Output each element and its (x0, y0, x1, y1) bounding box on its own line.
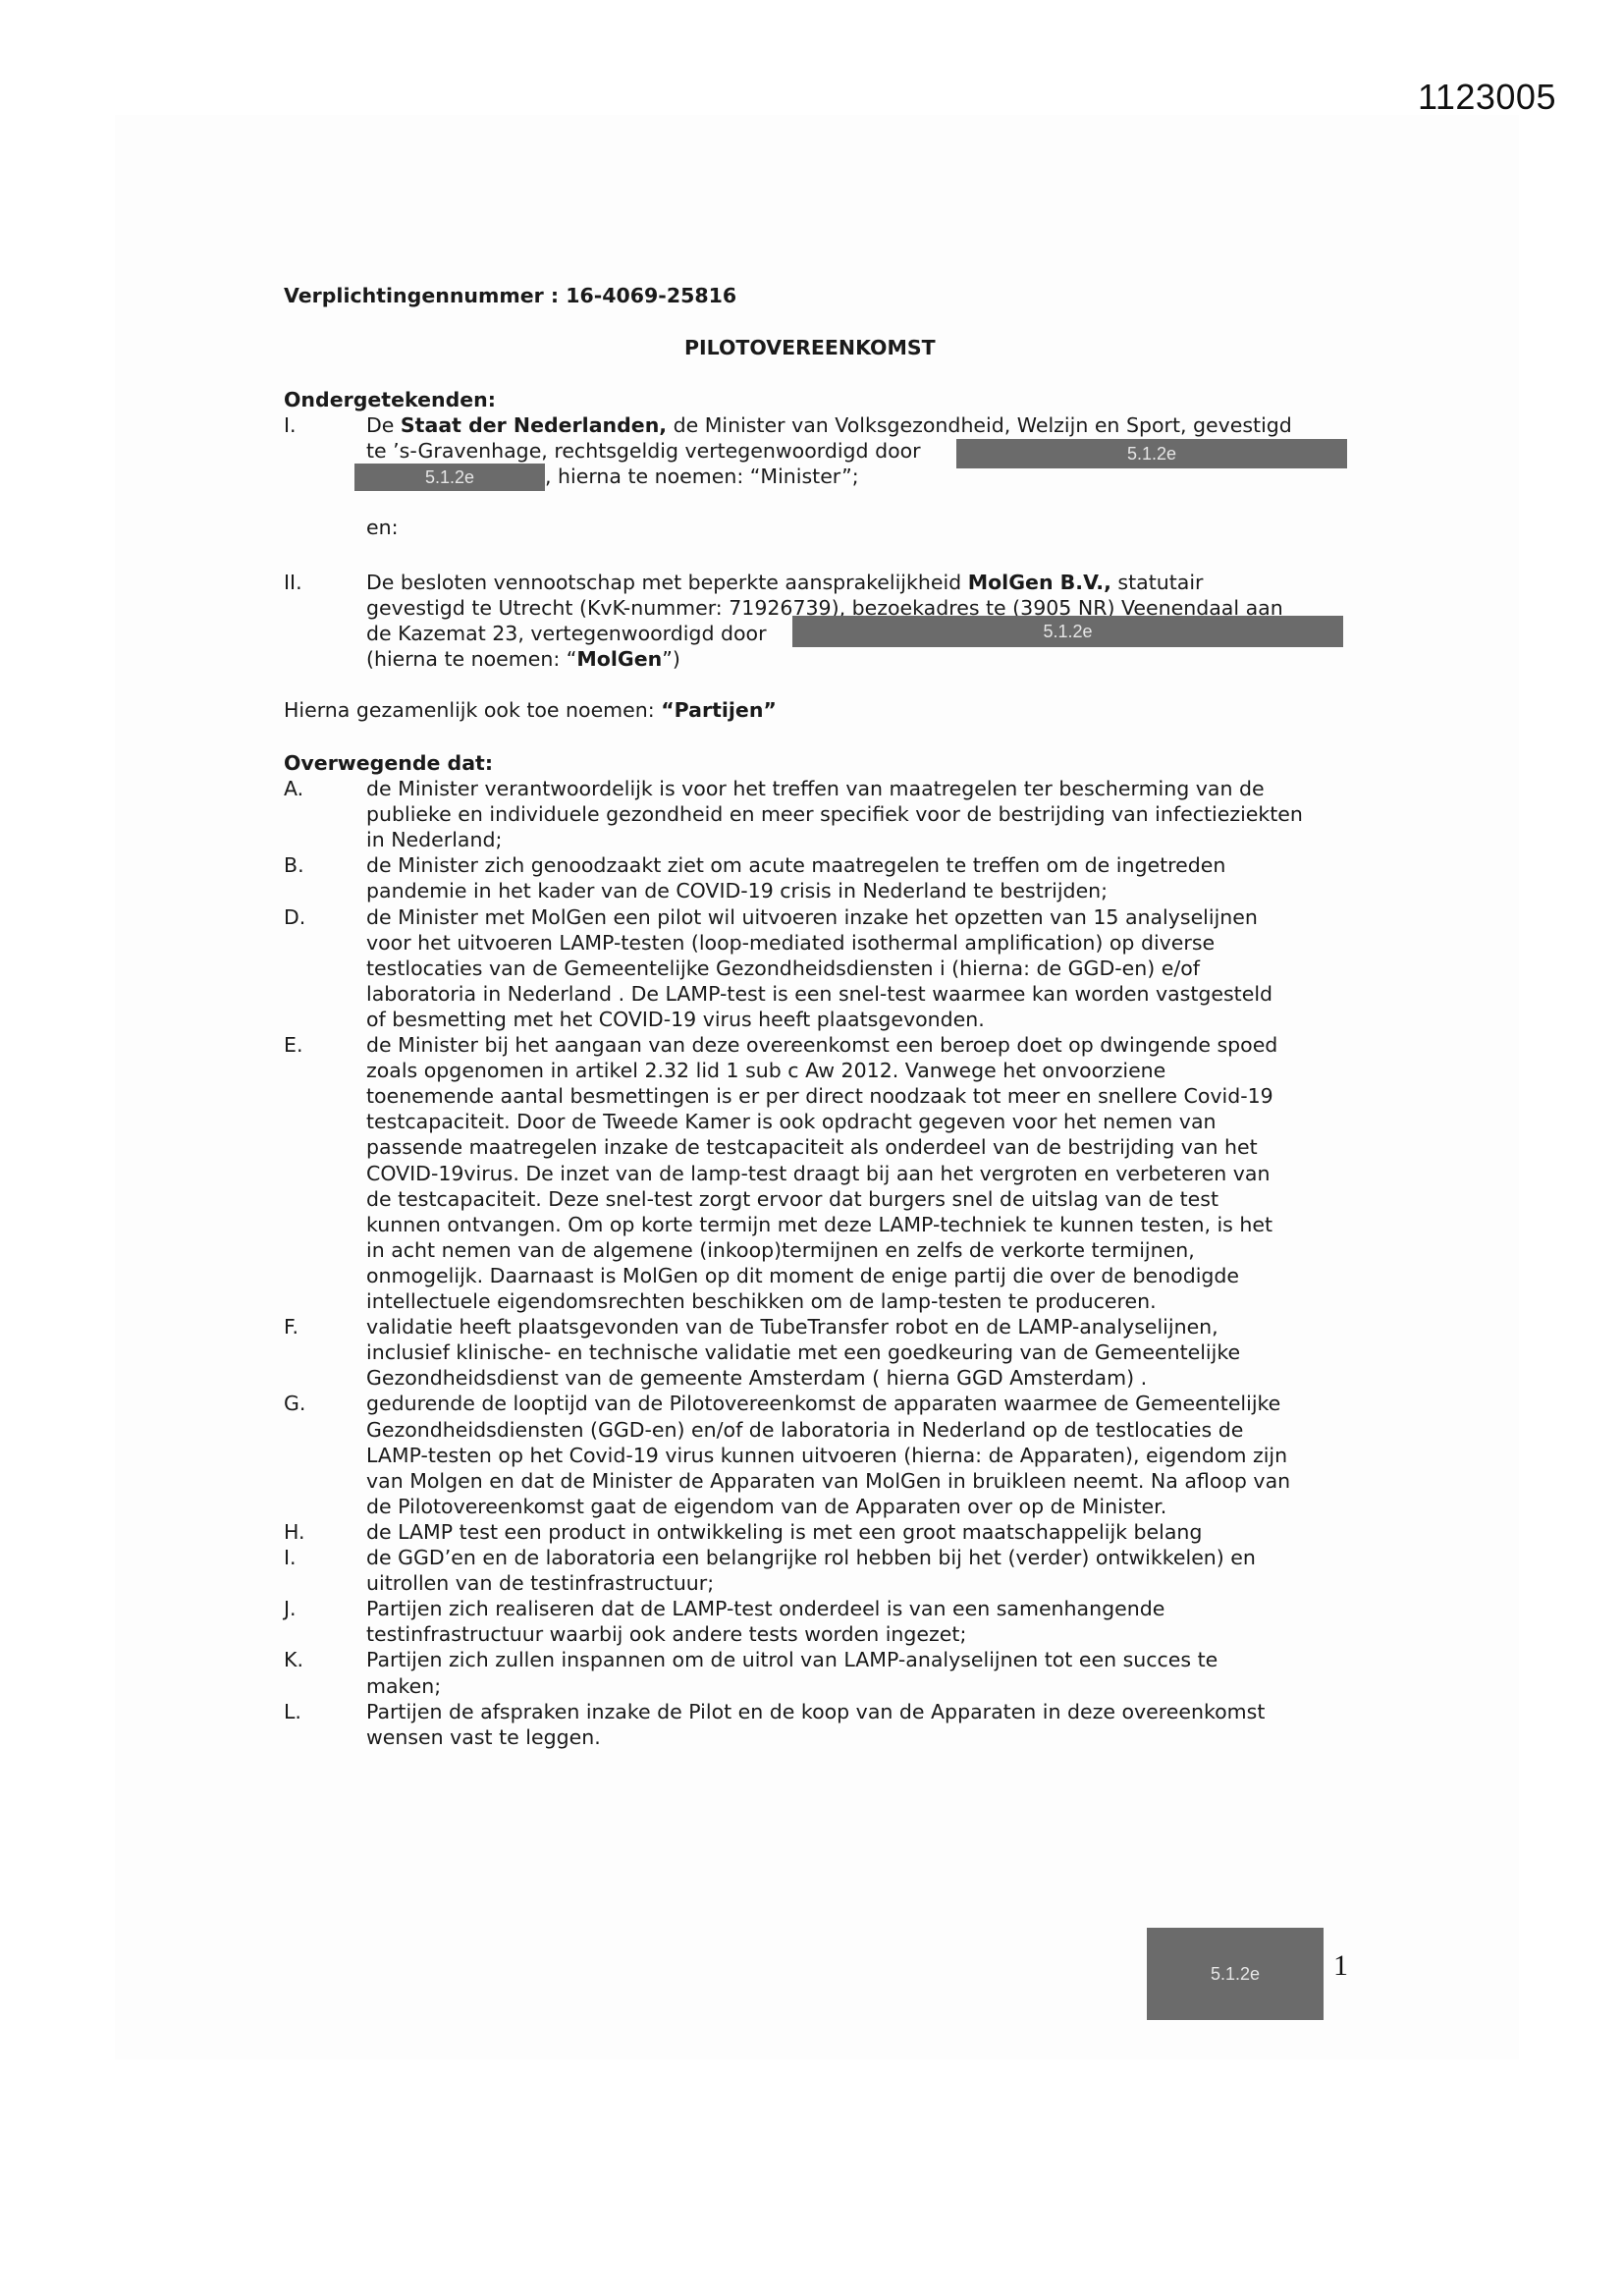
considering-heading: Overwegende dat: (284, 750, 493, 776)
party-ii-line-3: de Kazemat 23, vertegenwoordigd door (366, 621, 767, 646)
redaction-box: 5.1.2e (1147, 1928, 1324, 2020)
recital-text-line: de LAMP test een product in ontwikkeling… (366, 1519, 1202, 1545)
recital-text-line: Gezondheidsdienst van de gemeente Amster… (366, 1365, 1147, 1391)
recital-label: A. (284, 776, 303, 801)
recital-text-line: toenemende aantal besmettingen is er per… (366, 1083, 1273, 1109)
recital-text-line: testlocaties van de Gemeentelijke Gezond… (366, 956, 1200, 981)
recital-text-line: de Minister met MolGen een pilot wil uit… (366, 904, 1258, 930)
party-i-line-1: De Staat der Nederlanden, de Minister va… (366, 412, 1292, 438)
party-i-name: Staat der Nederlanden, (401, 413, 667, 437)
page-number: 1 (1333, 1949, 1348, 1983)
text: de Minister van Volksgezondheid, Welzijn… (667, 413, 1292, 437)
recital-label: G. (284, 1391, 305, 1416)
recital-text-line: voor het uitvoeren LAMP-testen (loop-med… (366, 930, 1215, 956)
text: De besloten vennootschap met beperkte aa… (366, 571, 968, 594)
text: Hierna gezamenlijk ook toe noemen: (284, 698, 661, 722)
parties-term: “Partijen” (661, 698, 777, 722)
party-i-line-3: , hierna te noemen: “Minister”; (545, 464, 859, 489)
recital-text-line: passende maatregelen inzake de testcapac… (366, 1134, 1258, 1160)
commitment-number: Verplichtingennummer : 16-4069-25816 (284, 283, 736, 308)
recital-text-line: de Minister verantwoordelijk is voor het… (366, 776, 1265, 801)
recital-label: E. (284, 1032, 302, 1058)
recital-text-line: onmogelijk. Daarnaast is MolGen op dit m… (366, 1263, 1239, 1288)
document-id: 1123005 (1418, 77, 1556, 118)
recital-text-line: Gezondheidsdiensten (GGD-en) en/of de la… (366, 1417, 1243, 1443)
recital-text-line: de Minister zich genoodzaakt ziet om acu… (366, 852, 1225, 878)
recital-label: L. (284, 1699, 301, 1724)
party-ii-line-1: De besloten vennootschap met beperkte aa… (366, 570, 1203, 595)
recital-text-line: intellectuele eigendomsrechten beschikke… (366, 1288, 1157, 1314)
text: De (366, 413, 401, 437)
recital-text-line: pandemie in het kader van de COVID-19 cr… (366, 878, 1108, 903)
recital-label: F. (284, 1314, 298, 1339)
recital-text-line: zoals opgenomen in artikel 2.32 lid 1 su… (366, 1058, 1165, 1083)
undersigned-heading: Ondergetekenden: (284, 387, 496, 412)
text: (hierna te noemen: “ (366, 647, 576, 671)
jointly-named: Hierna gezamenlijk ook toe noemen: “Part… (284, 697, 777, 723)
recital-text-line: of besmetting met het COVID-19 virus hee… (366, 1007, 985, 1032)
recital-text-line: laboratoria in Nederland . De LAMP-test … (366, 981, 1272, 1007)
party-ii-name: MolGen B.V., (968, 571, 1111, 594)
recital-text-line: van Molgen en dat de Minister de Apparat… (366, 1468, 1290, 1494)
recital-text-line: LAMP-testen op het Covid-19 virus kunnen… (366, 1443, 1287, 1468)
recital-text-line: kunnen ontvangen. Om op korte termijn me… (366, 1212, 1272, 1237)
text: ”) (662, 647, 680, 671)
recital-text-line: in Nederland; (366, 827, 502, 852)
party-ii-line-4: (hierna te noemen: “MolGen”) (366, 646, 680, 672)
redaction-box: 5.1.2e (956, 439, 1347, 468)
recital-text-line: maken; (366, 1673, 441, 1699)
recital-text-line: publieke en individuele gezondheid en me… (366, 801, 1303, 827)
document-title: PILOTOVEREENKOMST (684, 335, 936, 360)
recital-label: J. (284, 1596, 297, 1621)
recital-text-line: Partijen zich realiseren dat de LAMP-tes… (366, 1596, 1164, 1621)
party-ii-label: II. (284, 570, 302, 595)
recital-text-line: uitrollen van de testinfrastructuur; (366, 1570, 714, 1596)
party-ii-short-name: MolGen (576, 647, 662, 671)
redaction-box: 5.1.2e (792, 616, 1343, 647)
party-i-label: I. (284, 412, 297, 438)
recital-text-line: validatie heeft plaatsgevonden van de Tu… (366, 1314, 1218, 1339)
recital-text-line: de testcapaciteit. Deze snel-test zorgt … (366, 1186, 1218, 1212)
text: statutair (1111, 571, 1204, 594)
recital-text-line: wensen vast te leggen. (366, 1724, 601, 1750)
recital-text-line: testinfrastructuur waarbij ook andere te… (366, 1621, 966, 1647)
recital-text-line: Partijen zich zullen inspannen om de uit… (366, 1647, 1218, 1672)
recital-text-line: in acht nemen van de algemene (inkoop)te… (366, 1237, 1195, 1263)
party-i-line-2: te ’s-Gravenhage, rechtsgeldig vertegenw… (366, 438, 921, 464)
and-word: en: (366, 515, 399, 540)
recital-label: I. (284, 1545, 297, 1570)
recital-text-line: inclusief klinische- en technische valid… (366, 1339, 1240, 1365)
redaction-box: 5.1.2e (354, 464, 545, 491)
recital-label: K. (284, 1647, 303, 1672)
recital-text-line: de Pilotovereenkomst gaat de eigendom va… (366, 1494, 1166, 1519)
recital-text-line: testcapaciteit. Door de Tweede Kamer is … (366, 1109, 1217, 1134)
recital-text-line: COVID-19virus. De inzet van de lamp-test… (366, 1161, 1271, 1186)
recital-text-line: de GGD’en en de laboratoria een belangri… (366, 1545, 1256, 1570)
recital-label: B. (284, 852, 304, 878)
recital-label: D. (284, 904, 305, 930)
recital-text-line: Partijen de afspraken inzake de Pilot en… (366, 1699, 1265, 1724)
recital-text-line: de Minister bij het aangaan van deze ove… (366, 1032, 1277, 1058)
recital-label: H. (284, 1519, 305, 1545)
recital-text-line: gedurende de looptijd van de Pilotoveree… (366, 1391, 1280, 1416)
